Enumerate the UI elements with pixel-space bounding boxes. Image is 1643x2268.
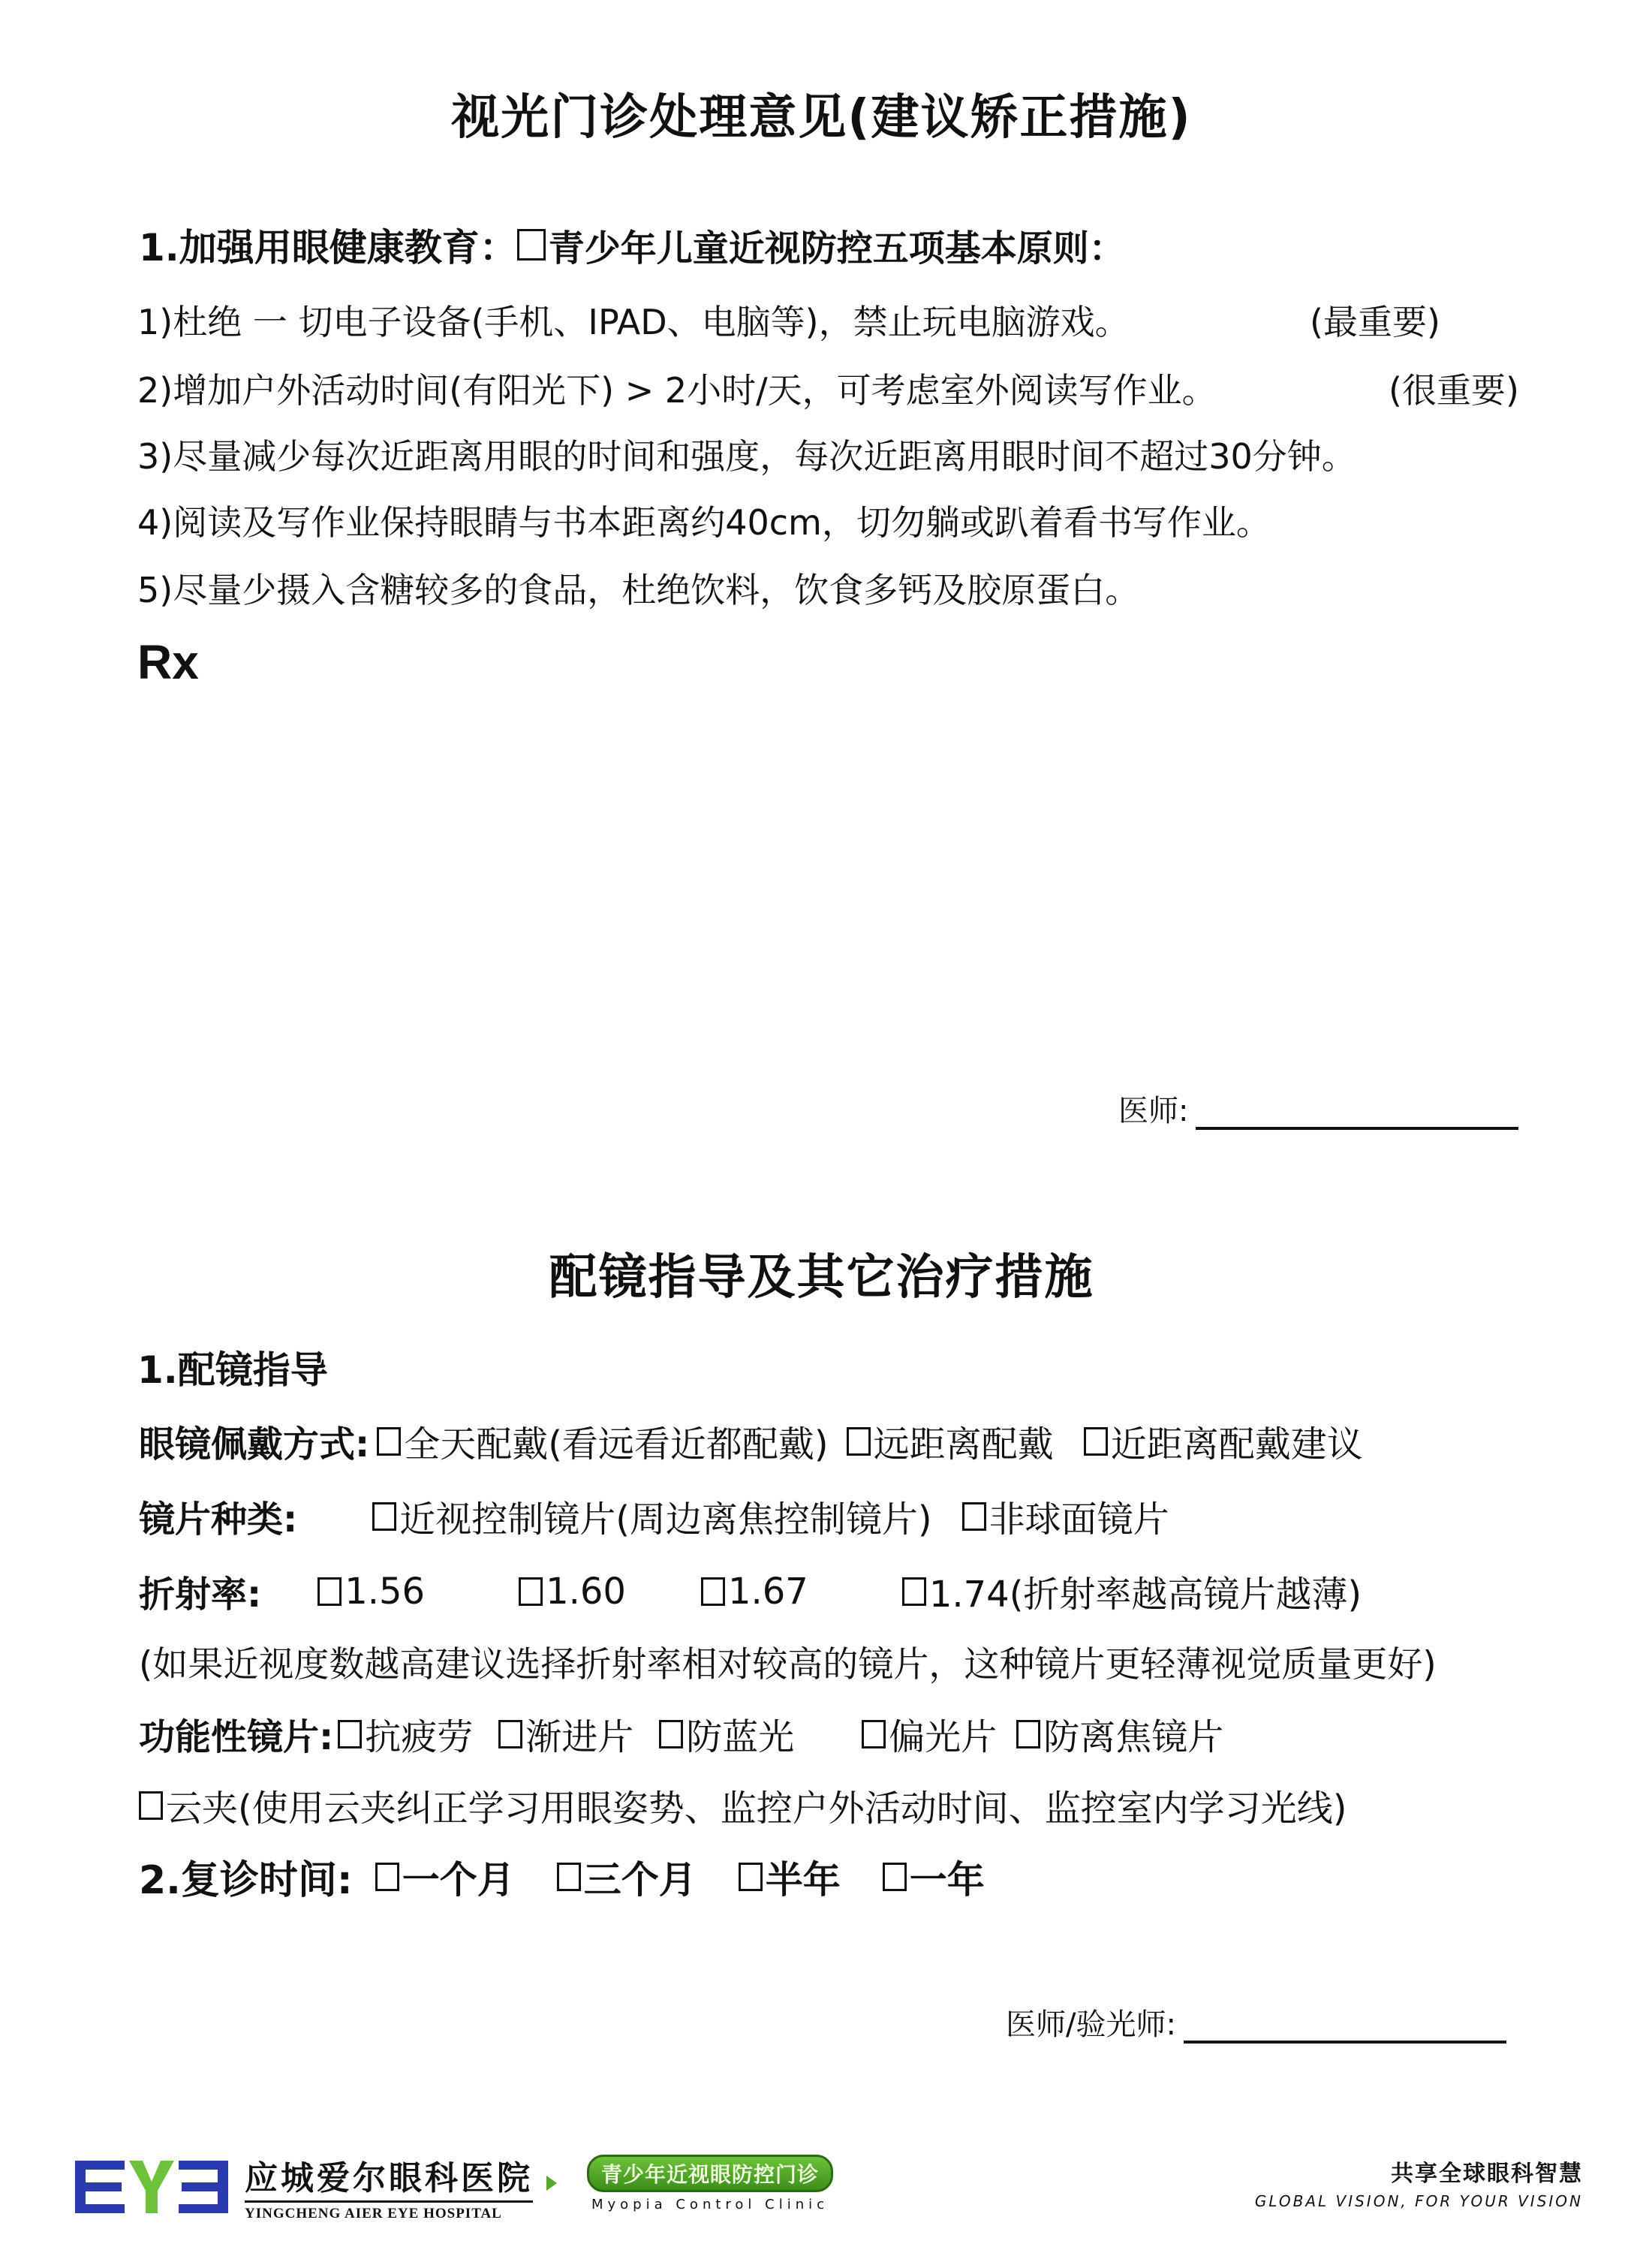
index-option-167[interactable]: 1.67 [701, 1571, 808, 1613]
functional-option-progressive[interactable]: 渐进片 [498, 1708, 633, 1760]
option-label: 近视控制镜片(周边离焦控制镜片) [399, 1490, 931, 1542]
eye-logo-3-icon [179, 2161, 228, 2213]
option-label: 防离焦镜片 [1043, 1708, 1223, 1760]
follow-up-label: 2.复诊时间: [139, 1848, 353, 1905]
lens-type-label: 镜片种类: [139, 1490, 297, 1542]
lens-type-row: 镜片种类: 近视控制镜片(周边离焦控制镜片) 非球面镜片 [139, 1490, 1169, 1542]
section1-title: 视光门诊处理意见(建议矫正措施) [0, 79, 1643, 148]
functional-lens-row: 功能性镜片: 抗疲劳 渐进片 防蓝光 偏光片 防离焦镜片 [139, 1708, 1223, 1760]
option-label: 1.56 [345, 1571, 425, 1613]
wear-mode-row: 眼镜佩戴方式: 全天配戴(看远看近都配戴) 远距离配戴 近距离配戴建议 [139, 1415, 1363, 1467]
lens-type-option-myopia-control[interactable]: 近视控制镜片(周边离焦控制镜片) [372, 1490, 931, 1542]
principle-4: 4)阅读及写作业保持眼睛与书本距离约40cm，切勿躺或趴着看书写作业。 [137, 495, 1271, 545]
checkbox-label: 青少年儿童近视防控五项基本原则： [549, 219, 1125, 271]
option-label: 防蓝光 [686, 1708, 794, 1760]
functional-option-anti-fatigue[interactable]: 抗疲劳 [338, 1708, 473, 1760]
refractive-index-note: (如果近视度数越高建议选择折射率相对较高的镜片，这种镜片更轻薄视觉质量更好) [139, 1637, 1437, 1687]
checkbox-icon[interactable] [862, 1720, 886, 1748]
lens-type-option-aspheric[interactable]: 非球面镜片 [962, 1490, 1169, 1542]
clinic-name-en: Myopia Control Clinic [587, 2197, 833, 2212]
wear-mode-option-distance[interactable]: 远距离配戴 [847, 1415, 1054, 1467]
arrow-icon [546, 2176, 557, 2191]
option-label: 一个月 [402, 1850, 515, 1904]
option-label: 渐进片 [525, 1708, 633, 1760]
principle-3: 3)尽量减少每次近距离用眼的时间和强度，每次近距离用眼时间不超过30分钟。 [137, 429, 1356, 479]
option-label: 1.67 [728, 1571, 808, 1613]
checkbox-icon[interactable] [1016, 1720, 1040, 1748]
cloud-clip-option[interactable]: 云夹(使用云夹纠正学习用眼姿势、监控户外活动时间、监控室内学习光线) [139, 1779, 1347, 1831]
checkbox-icon[interactable] [338, 1720, 362, 1748]
option-label: 1.74(折射率越高镜片越薄) [929, 1565, 1362, 1617]
index-option-156[interactable]: 1.56 [317, 1571, 425, 1613]
myopia-clinic-badge: 青少年近视眼防控门诊 Myopia Control Clinic [587, 2155, 833, 2212]
education-heading-row: 1.加强用眼健康教育： 青少年儿童近视防控五项基本原则： [139, 218, 1125, 272]
option-label: 一年 [910, 1850, 985, 1904]
checkbox-icon[interactable] [517, 229, 546, 261]
functional-option-polarized[interactable]: 偏光片 [862, 1708, 997, 1760]
option-label: 非球面镜片 [989, 1490, 1169, 1542]
option-label: 半年 [766, 1850, 841, 1904]
doctor-signature-label: 医师: [1118, 1087, 1188, 1130]
principle-5: 5)尽量少摄入含糖较多的食品，杜绝饮料，饮食多钙及胶原蛋白。 [137, 563, 1139, 613]
slogan-cn: 共享全球眼科智慧 [1255, 2155, 1583, 2188]
option-label: 全天配戴(看远看近都配戴) [404, 1415, 828, 1467]
checkbox-icon[interactable] [883, 1863, 907, 1891]
section2-title: 配镜指导及其它治疗措施 [0, 1239, 1643, 1308]
principle-2: 2)增加户外活动时间(有阳光下) > 2小时/天，可考虑室外阅读写作业。 [137, 363, 1217, 413]
optometrist-signature-label: 医师/验光师: [1006, 2001, 1176, 2044]
index-option-174[interactable]: 1.74(折射率越高镜片越薄) [902, 1565, 1362, 1617]
wear-mode-option-near[interactable]: 近距离配戴建议 [1084, 1415, 1363, 1467]
clinic-name-cn: 青少年近视眼防控门诊 [587, 2155, 833, 2192]
eye-logo-y-icon [129, 2161, 174, 2213]
checkbox-icon[interactable] [902, 1577, 926, 1606]
functional-option-blue-light[interactable]: 防蓝光 [659, 1708, 794, 1760]
follow-up-option-1-year[interactable]: 一年 [883, 1850, 985, 1904]
education-heading: 1.加强用眼健康教育： [139, 218, 517, 272]
checkbox-icon[interactable] [847, 1427, 871, 1456]
checkbox-icon[interactable] [317, 1577, 342, 1606]
glasses-guidance-heading: 1.配镜指导 [137, 1340, 328, 1394]
doctor-signature-field[interactable] [1196, 1119, 1518, 1130]
slogan-en: GLOBAL VISION, FOR YOUR VISION [1255, 2192, 1583, 2210]
checkbox-icon[interactable] [701, 1577, 725, 1606]
follow-up-option-1-month[interactable]: 一个月 [375, 1850, 515, 1904]
option-label: 远距离配戴 [874, 1415, 1054, 1467]
option-label: 近距离配戴建议 [1111, 1415, 1363, 1467]
checkbox-icon[interactable] [498, 1720, 522, 1748]
follow-up-option-3-months[interactable]: 三个月 [557, 1850, 697, 1904]
option-label: 1.60 [546, 1571, 626, 1613]
wear-mode-label: 眼镜佩戴方式: [139, 1415, 369, 1467]
option-label: 云夹(使用云夹纠正学习用眼姿势、监控户外活动时间、监控室内学习光线) [166, 1779, 1347, 1831]
refractive-index-label: 折射率: [139, 1565, 261, 1617]
follow-up-option-half-year[interactable]: 半年 [739, 1850, 841, 1904]
slogan: 共享全球眼科智慧 GLOBAL VISION, FOR YOUR VISION [1255, 2155, 1583, 2210]
optometrist-signature: 医师/验光师: [1006, 2001, 1506, 2044]
optometrist-signature-field[interactable] [1184, 2033, 1506, 2044]
option-label: 抗疲劳 [365, 1708, 473, 1760]
wear-mode-option-fullday[interactable]: 全天配戴(看远看近都配戴) [377, 1415, 828, 1467]
hospital-name-cn: 应城爱尔眼科医院 [245, 2151, 533, 2203]
five-principles-checkbox[interactable]: 青少年儿童近视防控五项基本原则： [517, 219, 1125, 271]
checkbox-icon[interactable] [962, 1502, 986, 1531]
functional-option-defocus[interactable]: 防离焦镜片 [1016, 1708, 1223, 1760]
checkbox-icon[interactable] [1084, 1427, 1108, 1456]
checkbox-icon[interactable] [659, 1720, 683, 1748]
refractive-index-row: 折射率: 1.56 1.60 1.67 1.74(折射率越高镜片越薄) [139, 1565, 1362, 1617]
principle-2-note: (很重要) [1389, 363, 1519, 413]
index-option-160[interactable]: 1.60 [519, 1571, 626, 1613]
checkbox-icon[interactable] [377, 1427, 401, 1456]
hospital-name-en: YINGCHENG AIER EYE HOSPITAL [245, 2206, 533, 2222]
functional-lens-label: 功能性镜片: [139, 1708, 333, 1760]
doctor-signature: 医师: [1118, 1087, 1518, 1130]
option-label: 偏光片 [889, 1708, 997, 1760]
option-label: 三个月 [584, 1850, 697, 1904]
checkbox-icon[interactable] [375, 1863, 399, 1891]
principle-1-note: (最重要) [1310, 295, 1440, 345]
checkbox-icon[interactable] [139, 1791, 163, 1820]
rx-label: Rx [137, 634, 199, 690]
follow-up-row: 2.复诊时间: 一个月 三个月 半年 一年 [139, 1848, 985, 1905]
checkbox-icon[interactable] [557, 1863, 581, 1891]
hospital-logo: 应城爱尔眼科医院 YINGCHENG AIER EYE HOSPITAL [75, 2151, 533, 2222]
cloud-clip-row: 云夹(使用云夹纠正学习用眼姿势、监控户外活动时间、监控室内学习光线) [139, 1779, 1347, 1831]
checkbox-icon[interactable] [519, 1577, 543, 1606]
checkbox-icon[interactable] [372, 1502, 396, 1531]
checkbox-icon[interactable] [739, 1863, 763, 1891]
eye-logo-e-icon [75, 2161, 125, 2213]
hospital-name: 应城爱尔眼科医院 YINGCHENG AIER EYE HOSPITAL [245, 2151, 533, 2222]
principle-1: 1)杜绝 一 切电子设备(手机、IPAD、电脑等)，禁止玩电脑游戏。 [137, 295, 1130, 345]
